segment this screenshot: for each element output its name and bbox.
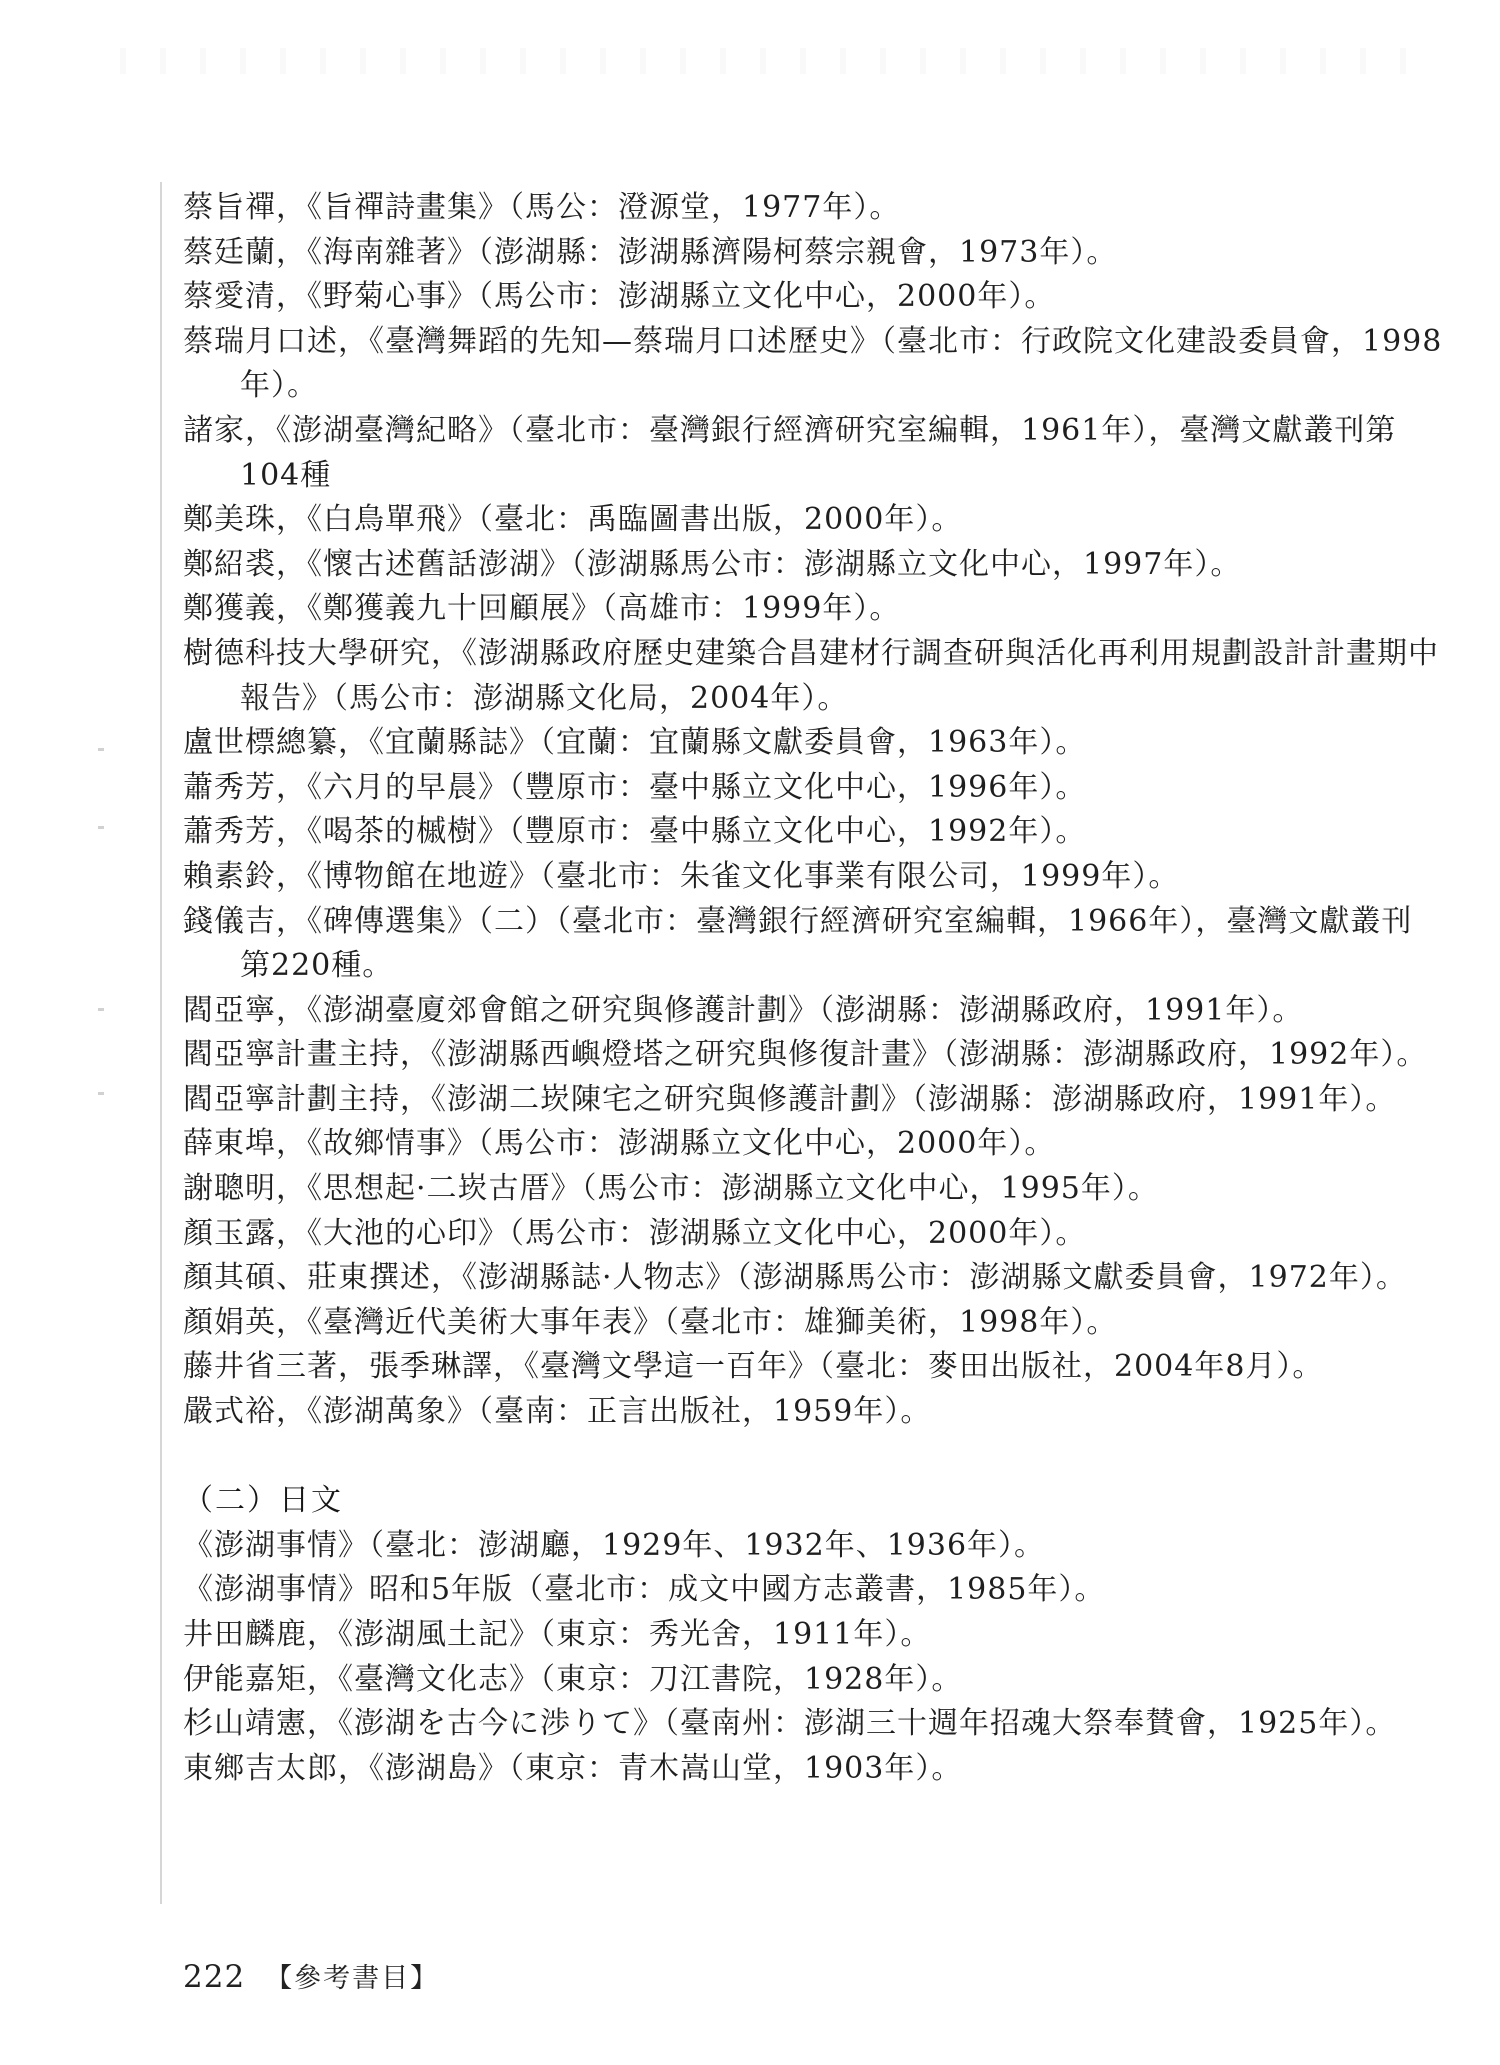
footer-section-label: 【參考書目】: [265, 1956, 439, 1995]
scan-artifact: [98, 748, 104, 751]
bibliography-line: 蕭秀芳，《喝茶的槭樹》（豐原市：臺中縣立文化中心，1992年）。: [183, 810, 1443, 855]
scan-artifact: [98, 1008, 104, 1011]
bibliography-line: 顏玉露，《大池的心印》（馬公市：澎湖縣立文化中心，2000年）。: [183, 1212, 1443, 1257]
bibliography-line: 顏娟英，《臺灣近代美術大事年表》（臺北市：雄獅美術，1998年）。: [183, 1301, 1443, 1346]
bibliography-line: 藤井省三著，張季琳譯，《臺灣文學這一百年》（臺北：麥田出版社，2004年8月）。: [183, 1345, 1443, 1390]
bibliography-line: 鄭美珠，《白鳥單飛》（臺北：禹臨圖書出版，2000年）。: [183, 498, 1443, 543]
bibliography-line: 年）。: [183, 364, 1443, 409]
bibliography-line: 錢儀吉，《碑傳選集》（二）（臺北市：臺灣銀行經濟研究室編輯，1966年），臺灣文…: [183, 900, 1443, 945]
bibliography-line: 井田麟鹿，《澎湖風土記》（東京：秀光舍，1911年）。: [183, 1613, 1443, 1658]
bibliography-line: 閻亞寧計畫主持，《澎湖縣西嶼燈塔之研究與修復計畫》（澎湖縣：澎湖縣政府，1992…: [183, 1033, 1443, 1078]
bibliography-line: 《澎湖事情》（臺北：澎湖廳，1929年、1932年、1936年）。: [183, 1524, 1443, 1569]
scan-gutter-line: [160, 182, 162, 1904]
bibliography-line: 杉山靖憲，《澎湖を古今に渉りて》（臺南州：澎湖三十週年招魂大祭奉賛會，1925年…: [183, 1702, 1443, 1747]
bibliography-line: 閻亞寧，《澎湖臺廈郊會館之研究與修護計劃》（澎湖縣：澎湖縣政府，1991年）。: [183, 989, 1443, 1034]
scan-artifact: [98, 826, 104, 829]
bibliography-line: 東鄉吉太郎，《澎湖島》（東京：青木嵩山堂，1903年）。: [183, 1747, 1443, 1792]
bibliography-line: 第220種。: [183, 944, 1443, 989]
bibliography-line: 蕭秀芳，《六月的早晨》（豐原市：臺中縣立文化中心，1996年）。: [183, 766, 1443, 811]
bibliography-line: 謝聰明，《思想起·二崁古厝》（馬公市：澎湖縣立文化中心，1995年）。: [183, 1167, 1443, 1212]
bibliography-line: 蔡瑞月口述，《臺灣舞蹈的先知—蔡瑞月口述歷史》（臺北市：行政院文化建設委員會，1…: [183, 320, 1443, 365]
page-number: 222: [183, 1959, 245, 1995]
bibliography-line: 樹德科技大學研究，《澎湖縣政府歷史建築合昌建材行調查研與活化再利用規劃設計計畫期…: [183, 632, 1443, 677]
bibliography-line: 伊能嘉矩，《臺灣文化志》（東京：刀江書院，1928年）。: [183, 1658, 1443, 1703]
bibliography-line: 報告》（馬公市：澎湖縣文化局，2004年）。: [183, 677, 1443, 722]
bibliography-page-body: 蔡旨禪，《旨禪詩畫集》（馬公：澄源堂，1977年）。蔡廷蘭，《海南雜著》（澎湖縣…: [183, 186, 1443, 1791]
bibliography-line: 鄭紹裘，《懷古述舊話澎湖》（澎湖縣馬公市：澎湖縣立文化中心，1997年）。: [183, 543, 1443, 588]
bibliography-line: 薛東埠，《故鄉情事》（馬公市：澎湖縣立文化中心，2000年）。: [183, 1122, 1443, 1167]
bibliography-line: 顏其碩、莊東撰述，《澎湖縣誌·人物志》（澎湖縣馬公市：澎湖縣文獻委員會，1972…: [183, 1256, 1443, 1301]
scan-noise-band: [120, 48, 1420, 74]
page-footer: 222 【參考書目】: [183, 1956, 439, 1995]
bibliography-line: 蔡旨禪，《旨禪詩畫集》（馬公：澄源堂，1977年）。: [183, 186, 1443, 231]
bibliography-line: 閻亞寧計劃主持，《澎湖二崁陳宅之研究與修護計劃》（澎湖縣：澎湖縣政府，1991年…: [183, 1078, 1443, 1123]
bibliography-line: 諸家，《澎湖臺灣紀略》（臺北市：臺灣銀行經濟研究室編輯，1961年），臺灣文獻叢…: [183, 409, 1443, 454]
bibliography-line: 104種: [183, 454, 1443, 499]
section-heading-japanese: （二）日文: [183, 1479, 1443, 1524]
bibliography-line: 嚴式裕，《澎湖萬象》（臺南：正言出版社，1959年）。: [183, 1390, 1443, 1435]
bibliography-japanese-section: 《澎湖事情》（臺北：澎湖廳，1929年、1932年、1936年）。《澎湖事情》昭…: [183, 1524, 1443, 1792]
bibliography-line: 盧世標總纂，《宜蘭縣誌》（宜蘭：宜蘭縣文獻委員會，1963年）。: [183, 721, 1443, 766]
bibliography-line: 賴素鈴，《博物館在地遊》（臺北市：朱雀文化事業有限公司，1999年）。: [183, 855, 1443, 900]
bibliography-line: 鄭獲義，《鄭獲義九十回顧展》（高雄市：1999年）。: [183, 587, 1443, 632]
scan-artifact: [98, 1092, 104, 1095]
bibliography-chinese-section: 蔡旨禪，《旨禪詩畫集》（馬公：澄源堂，1977年）。蔡廷蘭，《海南雜著》（澎湖縣…: [183, 186, 1443, 1435]
bibliography-line: 《澎湖事情》昭和5年版（臺北市：成文中國方志叢書，1985年）。: [183, 1568, 1443, 1613]
bibliography-line: 蔡廷蘭，《海南雜著》（澎湖縣：澎湖縣濟陽柯蔡宗親會，1973年）。: [183, 231, 1443, 276]
bibliography-line: 蔡愛清，《野菊心事》（馬公市：澎湖縣立文化中心，2000年）。: [183, 275, 1443, 320]
